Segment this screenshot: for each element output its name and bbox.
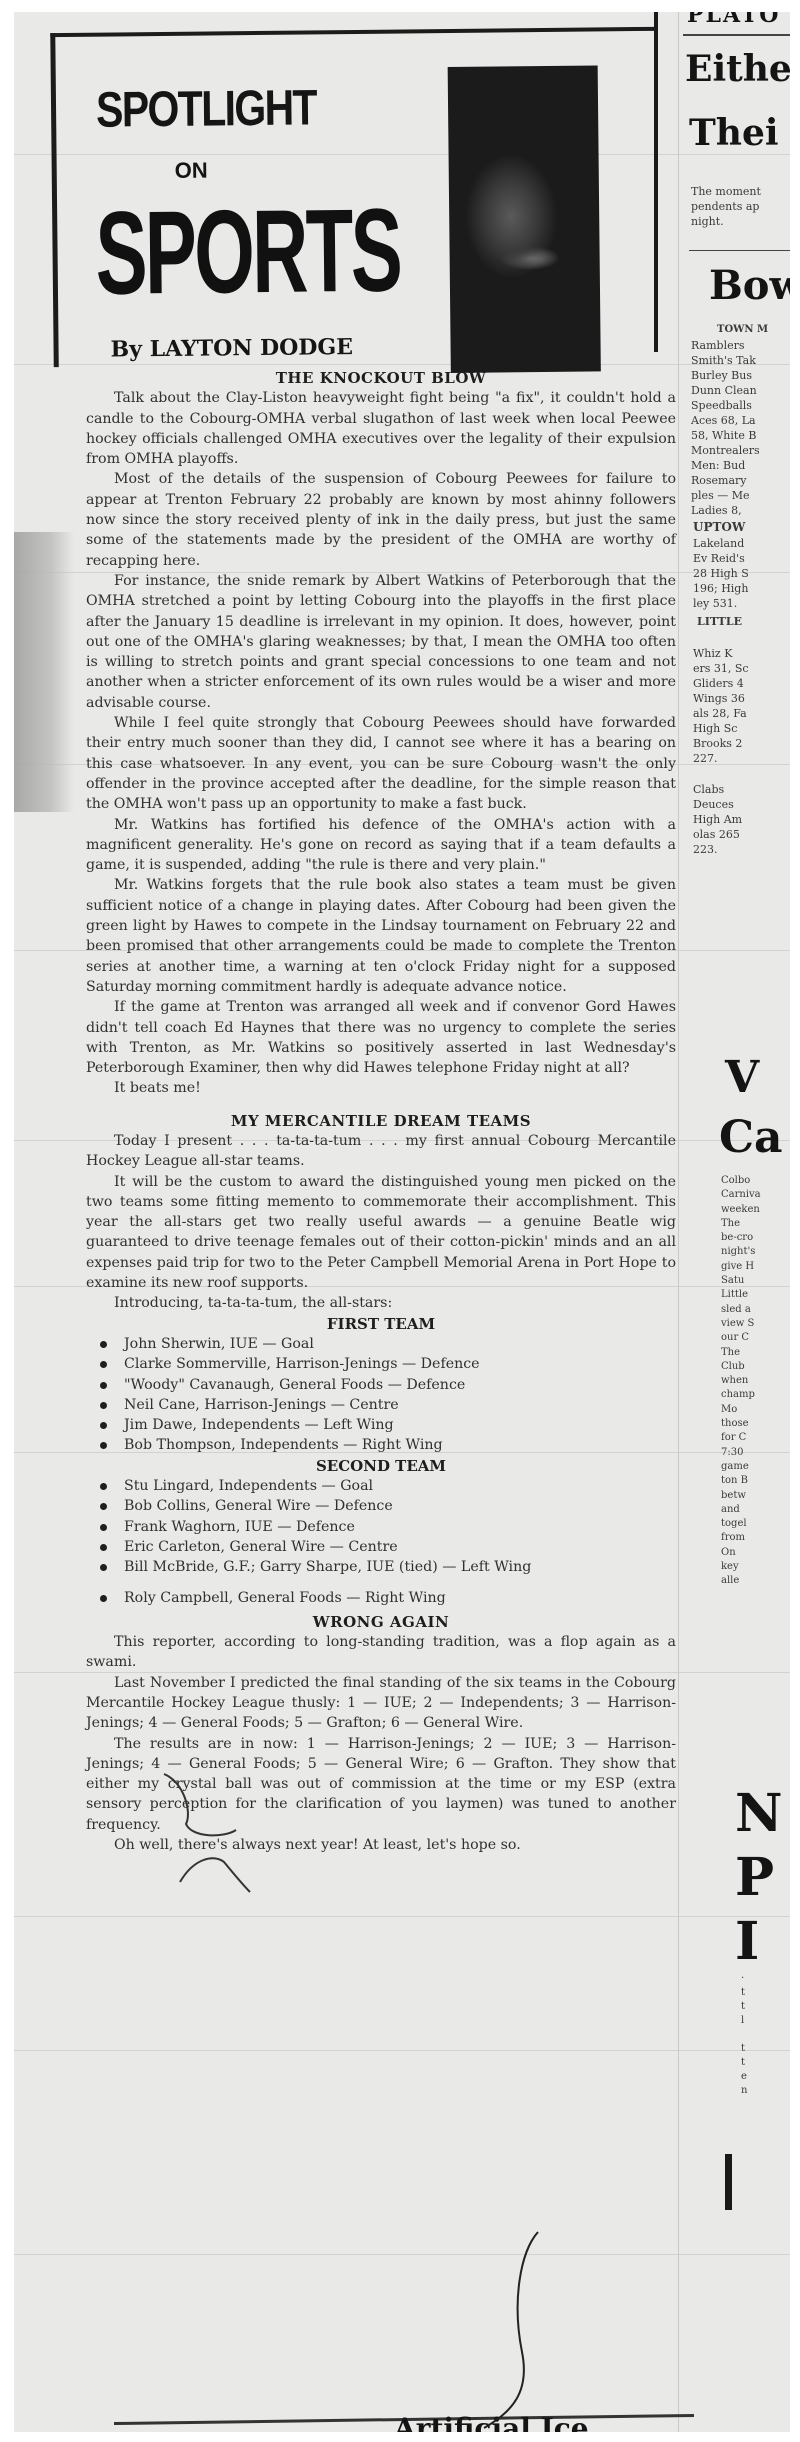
bullet-icon <box>100 1483 107 1490</box>
bullet-icon <box>100 1382 107 1389</box>
scan-line <box>14 1916 790 1917</box>
paragraph: Talk about the Clay-Liston heavyweight f… <box>86 388 676 469</box>
bullet-icon <box>100 1524 107 1531</box>
column-title-sports: SPORTS <box>95 192 401 313</box>
next-headline-fragment: Artificial Ice <box>394 2412 589 2432</box>
story-fragment: Ramblers Smith's Tak Burley Bus Dunn Cle… <box>691 338 760 518</box>
bullet-icon <box>100 1341 107 1348</box>
headline-fragment: Ca <box>719 1112 783 1163</box>
headline-fragment: Eithe <box>685 48 790 90</box>
headline-fragment: Bow <box>709 262 790 309</box>
bullet-icon <box>100 1361 107 1368</box>
scan-smudge <box>14 532 74 812</box>
paragraph: Mr. Watkins forgets that the rule book a… <box>86 875 676 997</box>
roster-item: "Woody" Cavanaugh, General Foods — Defen… <box>100 1375 676 1395</box>
adjacent-column: PLATO Eithe Thei The moment pendents ap … <box>678 12 790 2432</box>
column-title-on: ON <box>175 158 208 184</box>
bullet-icon <box>100 1442 107 1449</box>
roster-item: Neil Cane, Harrison-Jenings — Centre <box>100 1395 676 1415</box>
column-title-spotlight: SPOTLIGHT <box>96 78 316 138</box>
paragraph: The results are in now: 1 — Harrison-Jen… <box>86 1734 676 1835</box>
paragraph: It will be the custom to award the disti… <box>86 1172 676 1294</box>
roster-item: Bob Thompson, Independents — Right Wing <box>100 1435 676 1455</box>
subhead-fragment: UPTOW <box>693 520 745 535</box>
first-team-heading: FIRST TEAM <box>86 1314 676 1334</box>
story-fragment: Lakeland Ev Reid's 28 High S 196; High l… <box>693 536 749 611</box>
column-divider <box>654 12 658 352</box>
story-fragment: Whiz K ers 31, Sc Gliders 4 Wings 36 als… <box>693 646 749 766</box>
bullet-icon <box>100 1564 107 1571</box>
section-heading-dream-teams: MY MERCANTILE DREAM TEAMS <box>86 1111 676 1131</box>
section-heading-wrong-again: WRONG AGAIN <box>86 1612 676 1632</box>
story-fragment: Clabs Deuces High Am olas 265 223. <box>693 782 742 857</box>
article-body: THE KNOCKOUT BLOW Talk about the Clay-Li… <box>86 364 676 1855</box>
headline-fragment: PLATO <box>687 12 780 28</box>
second-team-heading: SECOND TEAM <box>86 1456 676 1476</box>
paragraph: Oh well, there's always next year! At le… <box>86 1835 676 1855</box>
paragraph: It beats me! <box>86 1078 676 1098</box>
headline-fragment: N P I <box>735 1782 783 1974</box>
paragraph: If the game at Trenton was arranged all … <box>86 997 676 1078</box>
headline-fragment: Thei <box>689 112 779 154</box>
headline-fragment: V <box>725 1052 759 1103</box>
paragraph: This reporter, according to long-standin… <box>86 1632 676 1673</box>
byline: By LAYTON DODGE <box>110 334 353 363</box>
story-fragment: The moment pendents ap night. <box>691 184 761 229</box>
roster-item: Bob Collins, General Wire — Defence <box>100 1496 676 1516</box>
rule <box>683 34 790 36</box>
roster-item: John Sherwin, IUE — Goal <box>100 1334 676 1354</box>
newspaper-page: SPOTLIGHT ON SPORTS By LAYTON DODGE THE … <box>14 12 790 2432</box>
scan-line <box>14 2254 790 2255</box>
roster-item: Frank Waghorn, IUE — Defence <box>100 1517 676 1537</box>
paragraph: While I feel quite strongly that Cobourg… <box>86 713 676 814</box>
bullet-icon <box>100 1595 107 1602</box>
paragraph: Last November I predicted the final stan… <box>86 1673 676 1734</box>
bullet-icon <box>100 1544 107 1551</box>
first-team-roster: John Sherwin, IUE — Goal Clarke Sommervi… <box>86 1334 676 1456</box>
story-fragment: Colbo Carniva weeken The be-cro night's … <box>721 1174 761 1589</box>
paragraph: For instance, the snide remark by Albert… <box>86 571 676 713</box>
paragraph: Most of the details of the suspension of… <box>86 469 676 570</box>
roster-item: Jim Dawe, Independents — Left Wing <box>100 1415 676 1435</box>
column-header: SPOTLIGHT ON SPORTS By LAYTON DODGE <box>50 27 658 367</box>
scan-line <box>14 2050 790 2051</box>
bullet-icon <box>100 1503 107 1510</box>
bullet-icon <box>100 1422 107 1429</box>
roster-item: Clarke Sommerville, Harrison-Jenings — D… <box>100 1354 676 1374</box>
paragraph: Mr. Watkins has fortified his defence of… <box>86 815 676 876</box>
rule <box>689 250 790 251</box>
roster-item: Roly Campbell, General Foods — Right Win… <box>100 1588 676 1608</box>
roster-item: Eric Carleton, General Wire — Centre <box>100 1537 676 1557</box>
author-photo <box>448 65 601 373</box>
subhead-fragment: TOWN M <box>717 322 768 337</box>
roster-item: Bill McBride, G.F.; Garry Sharpe, IUE (t… <box>100 1557 676 1577</box>
story-fragment: · t t l t t e n <box>741 1972 747 2098</box>
bullet-icon <box>100 1402 107 1409</box>
second-team-roster: Stu Lingard, Independents — Goal Bob Col… <box>86 1476 676 1608</box>
subhead-fragment: LITTLE <box>697 614 742 629</box>
section-heading-knockout: THE KNOCKOUT BLOW <box>86 368 676 388</box>
paragraph: Today I present . . . ta-ta-ta-tum . . .… <box>86 1131 676 1172</box>
paragraph: Introducing, ta-ta-ta-tum, the all-stars… <box>86 1293 676 1313</box>
roster-item: Stu Lingard, Independents — Goal <box>100 1476 676 1496</box>
